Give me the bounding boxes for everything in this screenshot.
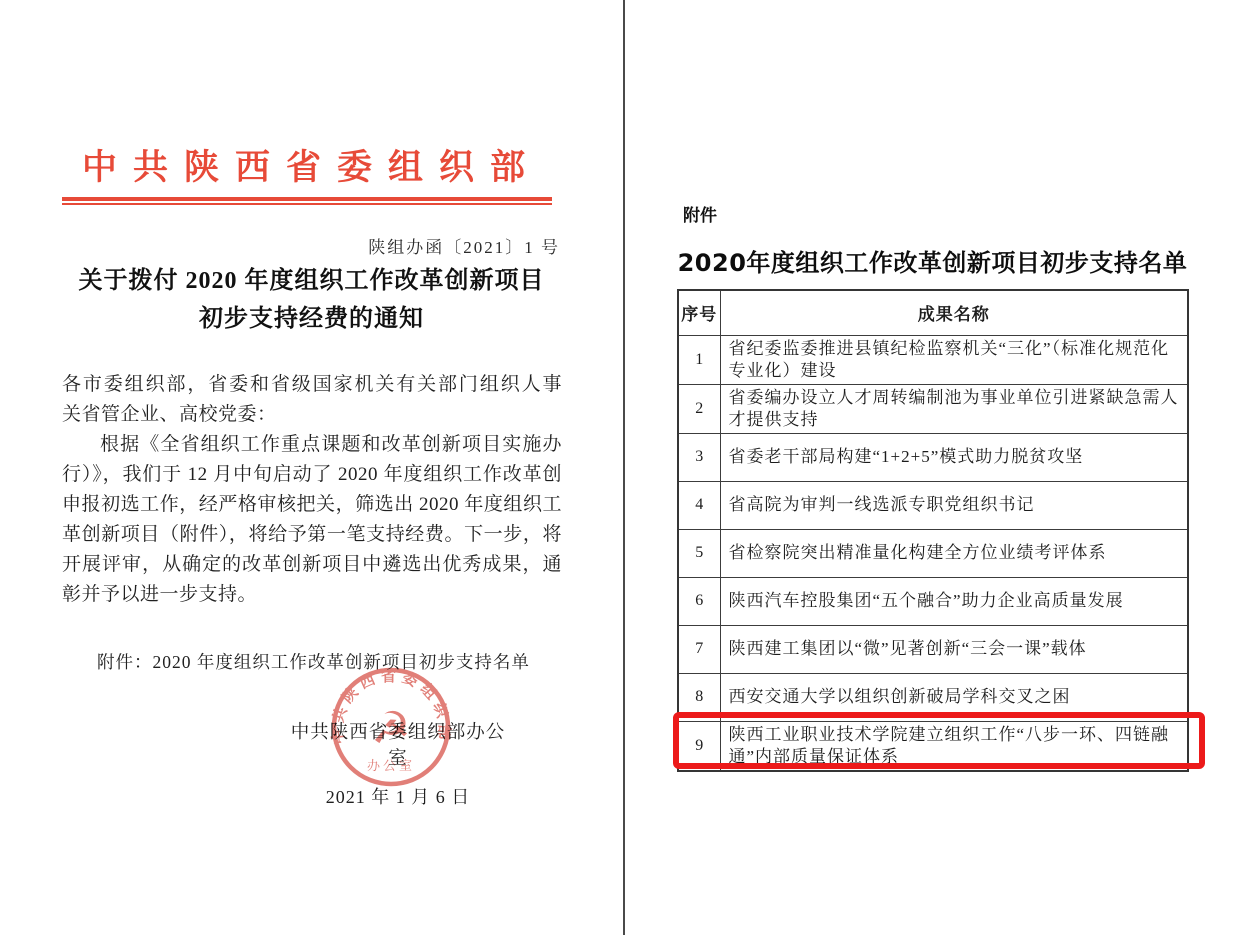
attachment-list-title: 2020年度组织工作改革创新项目初步支持名单 [625, 243, 1240, 278]
rule-thick [62, 197, 552, 201]
row-name: 省委编办设立人才周转编制池为事业单位引进紧缺急需人才提供支持 [720, 384, 1188, 433]
row-name: 省纪委监委推进县镇纪检监察机关“三化”（标准化规范化专业化）建设 [720, 335, 1188, 384]
row-number: 3 [678, 433, 720, 481]
document-number: 陕组办函〔2021〕1 号 [368, 233, 560, 258]
table-row: 7 陕西建工集团以“微”见著创新“三会一课”载体 [678, 625, 1188, 673]
row-name: 陕西汽车控股集团“五个融合”助力企业高质量发展 [720, 577, 1188, 625]
row-number: 1 [678, 335, 720, 384]
rule-thin [62, 203, 552, 205]
document-title-line1: 关于拨付 2020 年度组织工作改革创新项目 [0, 262, 623, 300]
table-row: 3 省委老干部局构建“1+2+5”模式助力脱贫攻坚 [678, 433, 1188, 481]
row-number: 5 [678, 529, 720, 577]
scanned-document-view: 中共陕西省委组织部 陕组办函〔2021〕1 号 关于拨付 2020 年度组织工作… [0, 0, 1240, 935]
table-row: 4 省高院为审判一线选派专职党组织书记 [678, 481, 1188, 529]
attachment-note: 附件：2020 年度组织工作改革创新项目初步支持名单 [62, 649, 562, 674]
table-row: 6 陕西汽车控股集团“五个融合”助力企业高质量发展 [678, 577, 1188, 625]
hammer-sickle-icon: ☭ [371, 703, 410, 754]
body-line: 彰并予以进一步支持。 [62, 580, 562, 610]
letterhead-double-rule [62, 197, 552, 205]
red-highlight-box [673, 712, 1205, 769]
table-row: 5 省检察院突出精准量化构建全方位业绩考评体系 [678, 529, 1188, 577]
support-list-table: 序号 成果名称 1 省纪委监委推进县镇纪检监察机关“三化”（标准化规范化专业化）… [677, 289, 1189, 772]
header-cell-name: 成果名称 [720, 290, 1188, 335]
body-line: 各市委组织部，省委和省级国家机关有关部门组织人事处，有 [62, 370, 562, 400]
table-header-row: 序号 成果名称 [678, 290, 1188, 335]
body-line: 关省管企业、高校党委： [62, 400, 562, 430]
row-number: 2 [678, 384, 720, 433]
row-name: 省检察院突出精准量化构建全方位业绩考评体系 [720, 529, 1188, 577]
attachment-label: 附件 [683, 201, 717, 226]
document-title: 关于拨付 2020 年度组织工作改革创新项目 初步支持经费的通知 [0, 262, 623, 338]
row-number: 4 [678, 481, 720, 529]
table-row: 2 省委编办设立人才周转编制池为事业单位引进紧缺急需人才提供支持 [678, 384, 1188, 433]
body-line: 开展评审，从确定的改革创新项目中遴选出优秀成果，通报表 [62, 550, 562, 580]
body-line: 行）》，我们于 12 月中旬启动了 2020 年度组织工作改革创新奖 [62, 460, 562, 490]
document-body: 各市委组织部，省委和省级国家机关有关部门组织人事处，有 关省管企业、高校党委： … [62, 370, 562, 610]
seal-bottom-text: 办公室 [367, 758, 415, 774]
document-title-line2: 初步支持经费的通知 [0, 300, 623, 338]
row-number: 6 [678, 577, 720, 625]
header-cell-number: 序号 [678, 290, 720, 335]
row-name: 陕西建工集团以“微”见著创新“三会一课”载体 [720, 625, 1188, 673]
row-name: 省高院为审判一线选派专职党组织书记 [720, 481, 1188, 529]
table-row: 1 省纪委监委推进县镇纪检监察机关“三化”（标准化规范化专业化）建设 [678, 335, 1188, 384]
body-line: 根据《全省组织工作重点课题和改革创新项目实施办法（试 [62, 430, 562, 460]
official-red-seal: 中共陕西省委组织部 ☭ 办公室 [328, 664, 454, 790]
row-name: 省委老干部局构建“1+2+5”模式助力脱贫攻坚 [720, 433, 1188, 481]
notice-page: 中共陕西省委组织部 陕组办函〔2021〕1 号 关于拨付 2020 年度组织工作… [0, 0, 623, 935]
attachment-page: 附件 2020年度组织工作改革创新项目初步支持名单 序号 成果名称 1 省纪委监… [625, 0, 1240, 935]
body-line: 申报初选工作，经严格审核把关，筛选出 2020 年度组织工作改 [62, 490, 562, 520]
letterhead-title: 中共陕西省委组织部 [0, 146, 623, 190]
row-number: 7 [678, 625, 720, 673]
body-line: 革创新项目（附件），将给予第一笔支持经费。下一步，将组织 [62, 520, 562, 550]
